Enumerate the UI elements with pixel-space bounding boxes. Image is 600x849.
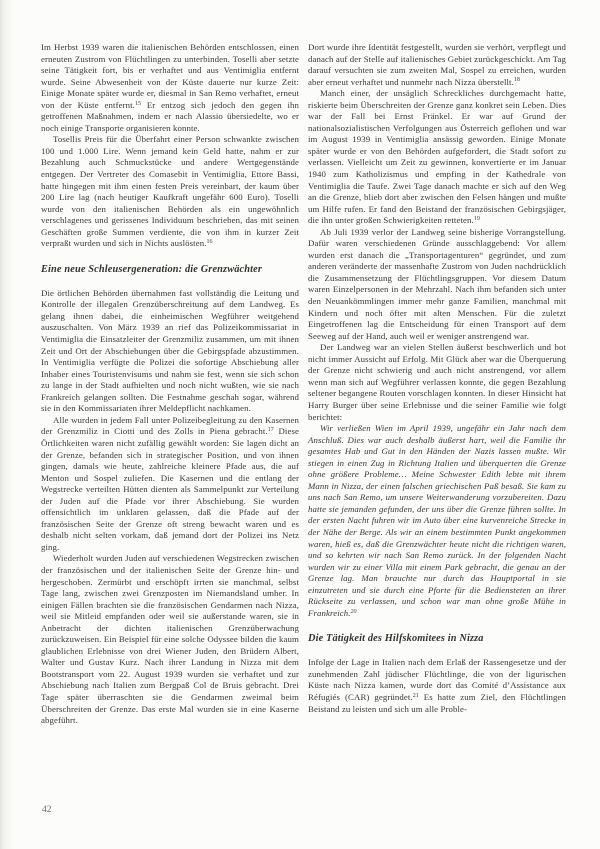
body-paragraph: Ab Juli 1939 verlor der Landweg seine bi…	[308, 227, 566, 342]
right-column: Dort wurde ihre Identität festgestellt, …	[308, 42, 566, 727]
footnote-marker: 15	[135, 101, 141, 107]
body-paragraph: Im Herbst 1939 waren die italienischen B…	[41, 42, 299, 134]
section-heading: Eine neue Schleusergeneration: die Grenz…	[41, 264, 299, 276]
section-heading: Die Tätigkeit des Hilfskomitees in Nizza	[308, 633, 566, 645]
body-paragraph: Infolge der Lage in Italien nach dem Erl…	[308, 657, 566, 715]
body-paragraph: Dort wurde ihre Identität festgestellt, …	[308, 42, 566, 88]
book-page: Im Herbst 1939 waren die italienischen B…	[0, 0, 600, 849]
footnote-marker: 19	[474, 216, 480, 222]
two-column-text: Im Herbst 1939 waren die italienischen B…	[41, 42, 566, 727]
footnote-marker: 18	[514, 77, 520, 83]
body-paragraph: Manch einer, der unsäglich Schreckliches…	[308, 88, 566, 227]
page-number: 42	[42, 805, 52, 815]
body-paragraph: Tosellis Preis für die Überfahrt einer P…	[41, 134, 299, 249]
body-paragraph: Der Landweg war an vielen Stellen äußers…	[308, 342, 566, 423]
footnote-marker: 17	[268, 427, 274, 433]
footnote-marker: 20	[351, 609, 357, 615]
body-paragraph: Die örtlichen Behörden übernahmen fast v…	[41, 288, 299, 415]
body-paragraph: Alle wurden in jedem Fall unter Polizeib…	[41, 415, 299, 554]
body-paragraph: Wiederholt wurden Juden auf verschiedene…	[41, 553, 299, 726]
footnote-marker: 16	[207, 239, 213, 245]
blockquote-paragraph: Wir verließen Wien im April 1939, ungefä…	[308, 423, 566, 619]
footnote-marker: 21	[413, 693, 419, 699]
left-column: Im Herbst 1939 waren die italienischen B…	[41, 42, 299, 727]
